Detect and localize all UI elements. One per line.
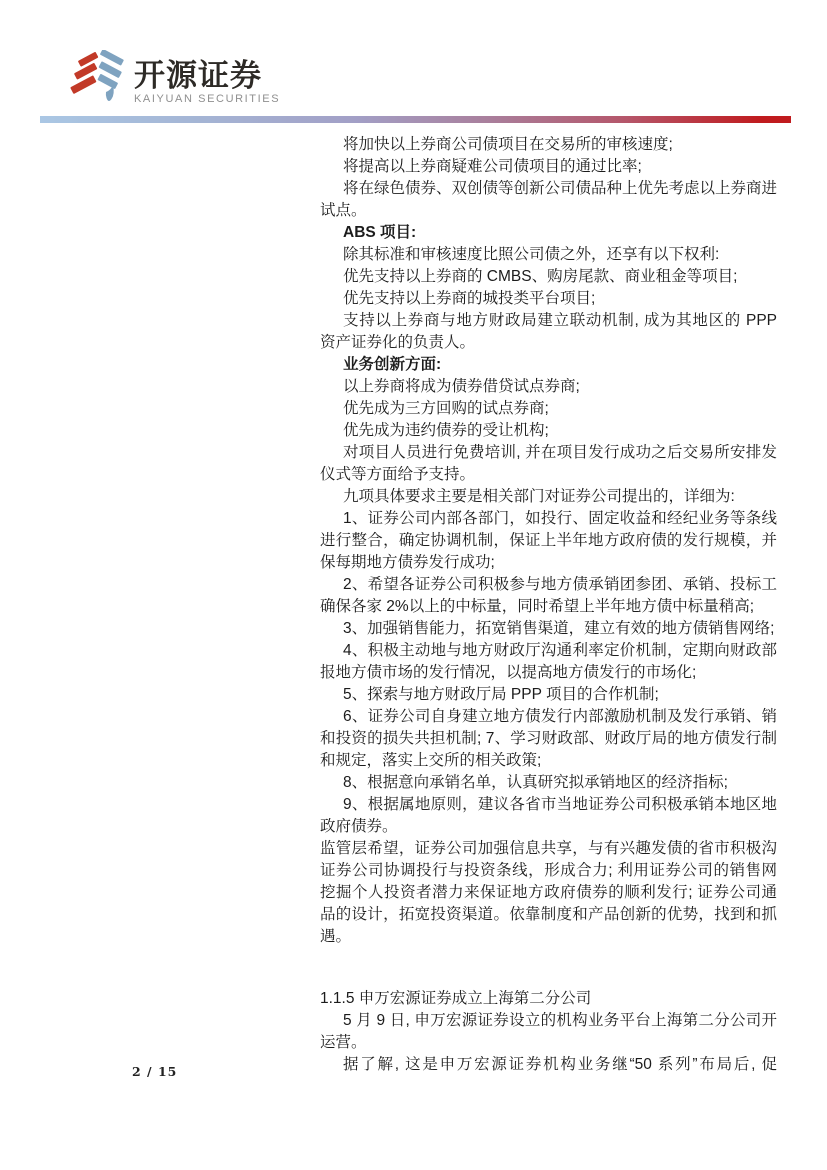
text-line: 8、根据意向承销名单，认真研究拟承销地区的经济指标; — [320, 772, 777, 794]
text-line: 业务创新方面: — [320, 354, 777, 376]
text-line: 1、证券公司内部各部门，如投行、固定收益和经纪业务等条线要 — [320, 508, 777, 530]
text-line: 证券公司协调投行与投资条线，形成合力; 利用证券公司的销售网络及 — [320, 860, 777, 882]
text-line: 将在绿色债券、双创债等创新公司债品种上优先考虑以上券商进行 — [320, 178, 777, 200]
logo-name-cn: 开源证券 — [134, 60, 280, 92]
text-line: 试点。 — [320, 200, 777, 222]
page-number: 2 / 15 — [132, 1064, 177, 1079]
section-heading: 1.1.5 申万宏源证券成立上海第二分公司 — [320, 988, 777, 1010]
text-line: 将提高以上券商疑难公司债项目的通过比率; — [320, 156, 777, 178]
text-line: 资产证券化的负责人。 — [320, 332, 777, 354]
text-line: 和投资的损失共担机制; 7、学习财政部、财政厅局的地方债发行制度 — [320, 728, 777, 750]
text-line: 支持以上券商与地方财政局建立联动机制, 成为其地区的 PPP 项目 — [320, 310, 777, 332]
header-logo: 开源证券 KAIYUAN SECURITIES — [66, 50, 280, 110]
text-line: 优先成为违约债券的受让机构; — [320, 420, 777, 442]
text-line: 九项具体要求主要是相关部门对证券公司提出的，详细为: — [320, 486, 777, 508]
text-line: 优先支持以上券商的城投类平台项目; — [320, 288, 777, 310]
kaiyuan-logo-icon — [66, 50, 132, 110]
text-line: 3、加强销售能力，拓宽销售渠道，建立有效的地方债销售网络; — [320, 618, 777, 640]
logo-name-en: KAIYUAN SECURITIES — [134, 94, 280, 105]
text-line: 2、希望各证券公司积极参与地方债承销团参团、承销、投标工作, — [320, 574, 777, 596]
text-line: 据了解, 这是申万宏源证券机构业务继“50 系列”布局后, 促进“3+1” — [320, 1054, 777, 1076]
text-line: 4、积极主动地与地方财政厅沟通利率定价机制，定期向财政部汇 — [320, 640, 777, 662]
text-line: 仪式等方面给予支持。 — [320, 464, 777, 486]
text-line: 优先成为三方回购的试点券商; — [320, 398, 777, 420]
text-line: 报地方债市场的发行情况，以提高地方债发行的市场化; — [320, 662, 777, 684]
text-line: 9、根据属地原则，建议各省市当地证券公司积极承销本地区地方 — [320, 794, 777, 816]
text-line: 监管层希望，证券公司加强信息共享，与有兴趣发债的省市积极沟通; — [320, 838, 777, 860]
logo-text: 开源证券 KAIYUAN SECURITIES — [134, 60, 280, 105]
text-line: 对项目人员进行免费培训, 并在项目发行成功之后交易所安排发行 — [320, 442, 777, 464]
text-line: 优先支持以上券商的 CMBS、购房尾款、商业租金等项目; — [320, 266, 777, 288]
text-line: ABS 项目: — [320, 222, 777, 244]
text-line: 将加快以上券商公司债项目在交易所的审核速度; — [320, 134, 777, 156]
text-line: 挖掘个人投资者潜力来保证地方政府债券的顺利发行; 证券公司通过产 — [320, 882, 777, 904]
text-line: 以上券商将成为债券借贷试点券商; — [320, 376, 777, 398]
text-line: 除其标准和审核速度比照公司债之外，还享有以下权利: — [320, 244, 777, 266]
text-line: 确保各家 2%以上的中标量，同时希望上半年地方债中标量稍高; — [320, 596, 777, 618]
header-divider-bar — [40, 116, 791, 123]
text-line: 运营。 — [320, 1032, 777, 1054]
document-lines: 将加快以上券商公司债项目在交易所的审核速度;将提高以上券商疑难公司债项目的通过比… — [320, 134, 777, 1076]
text-line: 保每期地方债券发行成功; — [320, 552, 777, 574]
text-line: 品的设计，拓宽投资渠道。依靠制度和产品创新的优势，找到和抓住机 — [320, 904, 777, 926]
text-line: 5、探索与地方财政厅局 PPP 项目的合作机制; — [320, 684, 777, 706]
text-line: 政府债券。 — [320, 816, 777, 838]
text-line: 遇。 — [320, 926, 777, 948]
text-line: 进行整合，确定协调机制，保证上半年地方政府债的发行规模，并且确 — [320, 530, 777, 552]
text-line: 和规定，落实上交所的相关政策; — [320, 750, 777, 772]
text-line: 5 月 9 日, 申万宏源证券设立的机构业务平台上海第二分公司开业 — [320, 1010, 777, 1032]
text-line: 6、证券公司自身建立地方债发行内部激励机制及发行承销、销售 — [320, 706, 777, 728]
paragraph-gap — [320, 948, 777, 988]
